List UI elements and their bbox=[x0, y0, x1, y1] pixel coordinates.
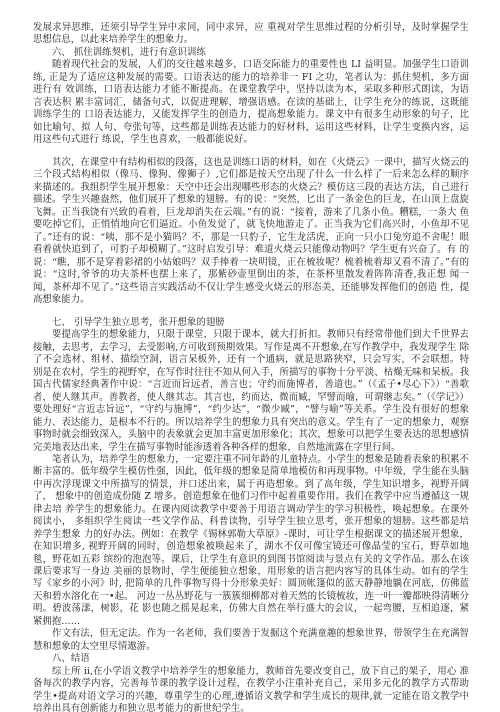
section-heading-8: 八、结语 bbox=[33, 653, 469, 665]
section-heading-6: 六、 抓住训练契机，进行有意识训练 bbox=[33, 47, 469, 59]
paragraph-fire-clouds: 其次，在课堂中有结构相似的段落，这也是训练口语的材料，如在《火烧云》一课中，描写… bbox=[33, 157, 469, 306]
paragraph-gap bbox=[33, 306, 469, 317]
paragraph-conclusion: 综上所 ii,在小学语文教学中培养学生的想象能力，教师首先要改变自己，放下自己的… bbox=[33, 666, 469, 712]
paragraph-age-characteristics: 笔者认为，培养学生的想象力，一定要注重不同年龄的儿童特点。小学生的想象是随着表象… bbox=[33, 454, 469, 628]
section-heading-7: 七、 引导学生独立思考，张开想象的翅膀 bbox=[33, 317, 469, 329]
document-page: 发展求异思维，还须引导学生异中求同，同中求异，应 重视对学生思维过程的分析引导，… bbox=[33, 22, 469, 712]
paragraph-intro: 发展求异思维，还须引导学生异中求同，同中求异，应 重视对学生思维过程的分析引导，… bbox=[33, 22, 469, 47]
paragraph-oral-training: 随着现代社会的发展，人们的交往越来越多，口语交际能力的重要性也 LI 益明显。加… bbox=[33, 59, 469, 146]
paragraph-imagination: 要提高学生的想象能力，只限于课堂，只限于课本，就大打折扣。教师只有经常带他们到大… bbox=[33, 329, 469, 454]
paragraph-gap bbox=[33, 147, 469, 158]
paragraph-writing-method: 作文有法，但无定法。作为一名老师，我们要善于发掘这个充满童趣的想象世界，带领学生… bbox=[33, 628, 469, 653]
